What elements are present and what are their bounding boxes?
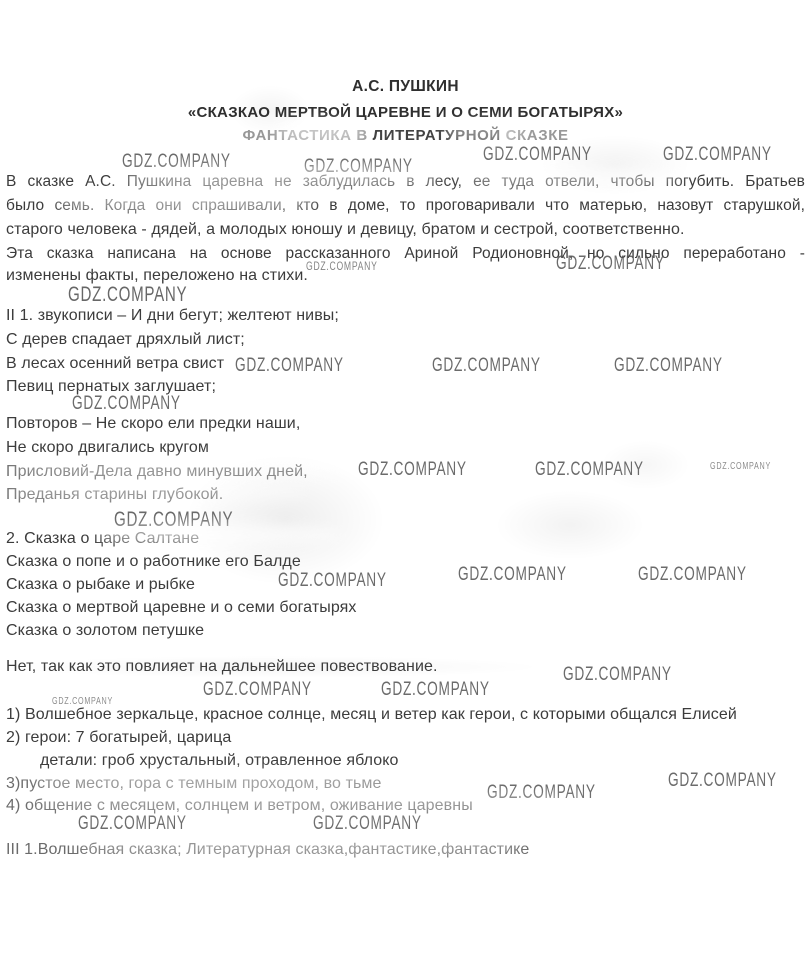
document-subtitle: ФАНТАСТИКА В ЛИТЕРАТУРНОЙ СКАЗКЕ bbox=[0, 127, 811, 144]
subtitle-pre: ФАНТАСТИКА В bbox=[242, 127, 372, 144]
gdz-watermark: GDZ.COMPANY bbox=[535, 459, 644, 481]
scanned-document-page: А.С. ПУШКИН «СКАЗКАО МЕРТВОЙ ЦАРЕВНЕ И О… bbox=[0, 0, 811, 970]
gdz-watermark: GDZ.COMPANY bbox=[563, 664, 672, 686]
gdz-watermark: GDZ.COMPANY bbox=[278, 570, 387, 592]
gdz-watermark: GDZ.COMPANY bbox=[638, 564, 747, 586]
feature-line: 2) герои: 7 богатырей, царица bbox=[6, 729, 231, 747]
tale-list-line: Сказка о рыбаке и рыбке bbox=[6, 576, 195, 594]
quote-line: Преданья старины глубокой. bbox=[6, 486, 223, 504]
gdz-watermark: GDZ.COMPANY bbox=[663, 144, 772, 166]
gdz-watermark: GDZ.COMPANY bbox=[306, 259, 378, 273]
quote-line: В лесах осенний ветра свист bbox=[6, 355, 224, 373]
quote-line: Не скоро двигались кругом bbox=[6, 439, 209, 457]
gdz-watermark: GDZ.COMPANY bbox=[313, 813, 422, 835]
gdz-watermark: GDZ.COMPANY bbox=[78, 813, 187, 835]
tale-list-line: Сказка о попе и о работнике его Балде bbox=[6, 553, 301, 571]
gdz-watermark: GDZ.COMPANY bbox=[235, 355, 344, 377]
scan-smudge bbox=[495, 490, 645, 560]
gdz-watermark: GDZ.COMPANY bbox=[458, 564, 567, 586]
gdz-watermark: GDZ.COMPANY bbox=[487, 782, 596, 804]
gdz-watermark: GDZ.COMPANY bbox=[483, 144, 592, 166]
quote-line: II 1. звукописи – И дни бегут; желтеют н… bbox=[6, 307, 339, 325]
paragraph-line: было семь. Когда они спрашивали, кто в д… bbox=[6, 197, 805, 215]
document-author: А.С. ПУШКИН bbox=[0, 78, 811, 96]
gdz-watermark: GDZ.COMPANY bbox=[710, 461, 771, 472]
gdz-watermark: GDZ.COMPANY bbox=[614, 355, 723, 377]
paragraph-line: старого человека - дядей, а молодых юнош… bbox=[6, 221, 684, 239]
quote-line: Присловий-Дела давно минувших дней, bbox=[6, 463, 308, 481]
tale-list-line: Сказка о мертвой царевне и о семи богаты… bbox=[6, 599, 357, 617]
gdz-watermark: GDZ.COMPANY bbox=[52, 696, 113, 707]
paragraph-line: Эта сказка написана на основе рассказанн… bbox=[6, 245, 805, 263]
gdz-watermark: GDZ.COMPANY bbox=[556, 253, 665, 275]
gdz-watermark: GDZ.COMPANY bbox=[668, 770, 777, 792]
subtitle-post: СКАЗКЕ bbox=[501, 127, 569, 144]
tale-list-line: Сказка о золотом петушке bbox=[6, 622, 204, 640]
gdz-watermark: GDZ.COMPANY bbox=[203, 679, 312, 701]
gdz-watermark: GDZ.COMPANY bbox=[432, 355, 541, 377]
gdz-watermark: GDZ.COMPANY bbox=[122, 151, 231, 173]
feature-line: 3)пустое место, гора с темным проходом, … bbox=[6, 775, 382, 793]
quote-line: Повторов – Не скоро ели предки наши, bbox=[6, 415, 300, 433]
gdz-watermark: GDZ.COMPANY bbox=[358, 459, 467, 481]
gdz-watermark: GDZ.COMPANY bbox=[68, 283, 187, 307]
gdz-watermark: GDZ.COMPANY bbox=[72, 393, 181, 415]
feature-line: 1) Волшебное зеркальце, красное солнце, … bbox=[6, 706, 737, 724]
feature-line: детали: гроб хрустальный, отравленное яб… bbox=[40, 752, 399, 770]
quote-line: С дерев спадает дряхлый лист; bbox=[6, 331, 245, 349]
answer-line: Нет, так как это повлияет на дальнейшее … bbox=[6, 658, 438, 676]
gdz-watermark: GDZ.COMPANY bbox=[114, 508, 233, 532]
document-title: «СКАЗКАО МЕРТВОЙ ЦАРЕВНЕ И О СЕМИ БОГАТЫ… bbox=[0, 104, 811, 121]
tale-list-line: 2. Сказка о царе Салтане bbox=[6, 530, 199, 548]
gdz-watermark: GDZ.COMPANY bbox=[381, 679, 490, 701]
conclusion-line: III 1.Волшебная сказка; Литературная ска… bbox=[6, 841, 529, 859]
gdz-watermark: GDZ.COMPANY bbox=[304, 156, 413, 178]
subtitle-accent: ЛИТЕРАТУРНОЙ bbox=[373, 127, 501, 144]
